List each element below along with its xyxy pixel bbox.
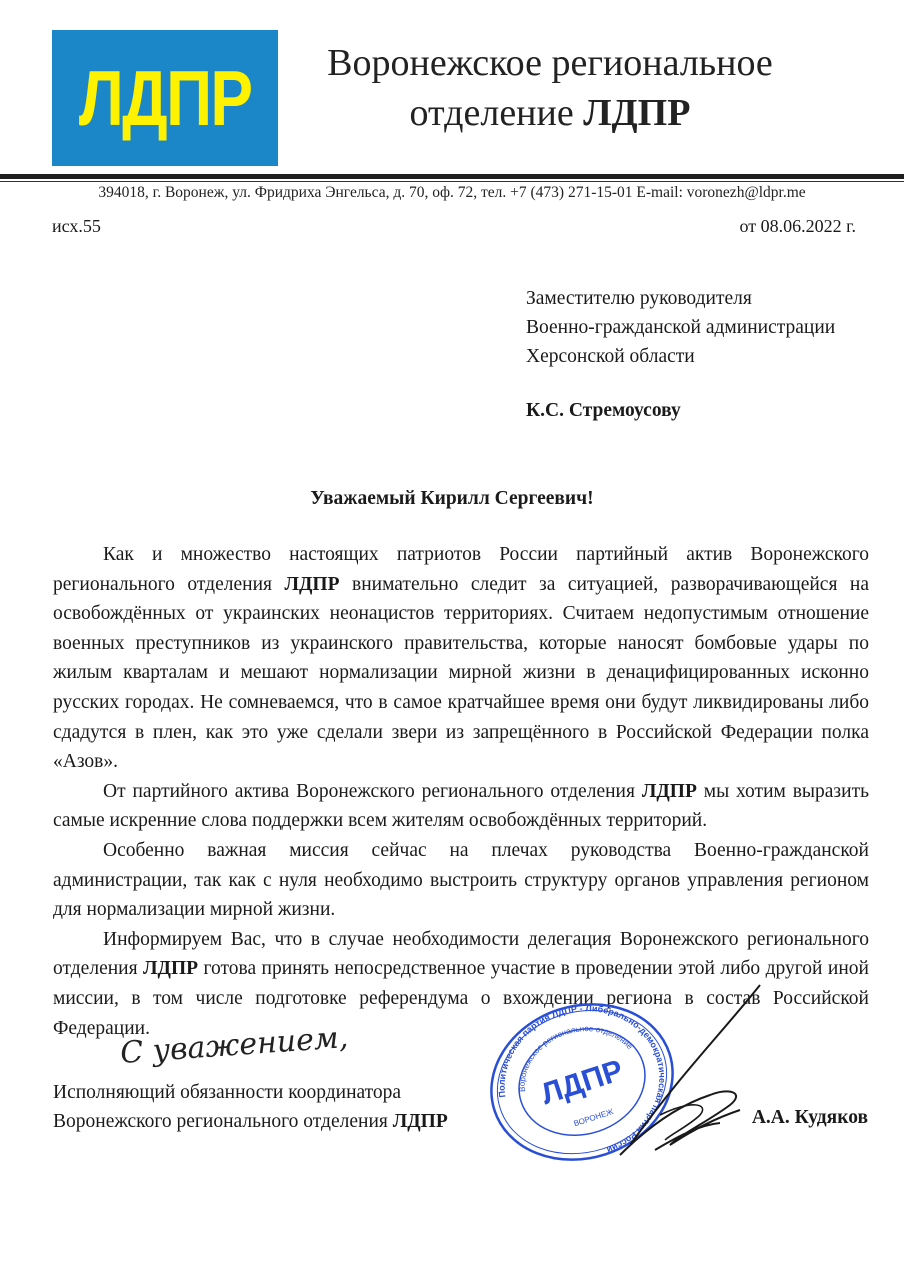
recipient-line: Херсонской области (526, 342, 835, 371)
recipient-line: Военно-гражданской администрации (526, 313, 835, 342)
recipient-line: Заместителю руководителя (526, 284, 835, 313)
org-title-ldpr: ЛДПР (583, 92, 690, 134)
letter-body: Как и множество настоящих патриотов Росс… (53, 540, 869, 1043)
recipient-name: К.С. Стремоусову (526, 400, 681, 422)
letter-date: от 08.06.2022 г. (740, 216, 856, 237)
salutation: Уважаемый Кирилл Сергеевич! (0, 488, 904, 510)
paragraph-1: Как и множество настоящих патриотов Росс… (53, 540, 869, 777)
signer-title: Исполняющий обязанности координатора Вор… (53, 1078, 448, 1136)
logo-text: ЛДПР (79, 59, 252, 137)
org-title-line1: Воронежское региональное (290, 38, 810, 88)
header-divider-thin (0, 181, 904, 182)
org-title: Воронежское региональное отделение ЛДПР (290, 38, 810, 138)
org-title-line2: отделение ЛДПР (290, 88, 810, 138)
ldpr-logo: ЛДПР (52, 30, 278, 166)
address-line: 394018, г. Воронеж, ул. Фридриха Энгельс… (0, 184, 904, 202)
paragraph-2: От партийного актива Воронежского регион… (53, 777, 869, 836)
header-divider-thick (0, 174, 904, 179)
signature-icon (560, 975, 780, 1175)
paragraph-3: Особенно важная миссия сейчас на плечах … (53, 836, 869, 925)
recipient-block: Заместителю руководителя Военно-гражданс… (526, 284, 835, 371)
outgoing-number: исх.55 (52, 216, 101, 237)
